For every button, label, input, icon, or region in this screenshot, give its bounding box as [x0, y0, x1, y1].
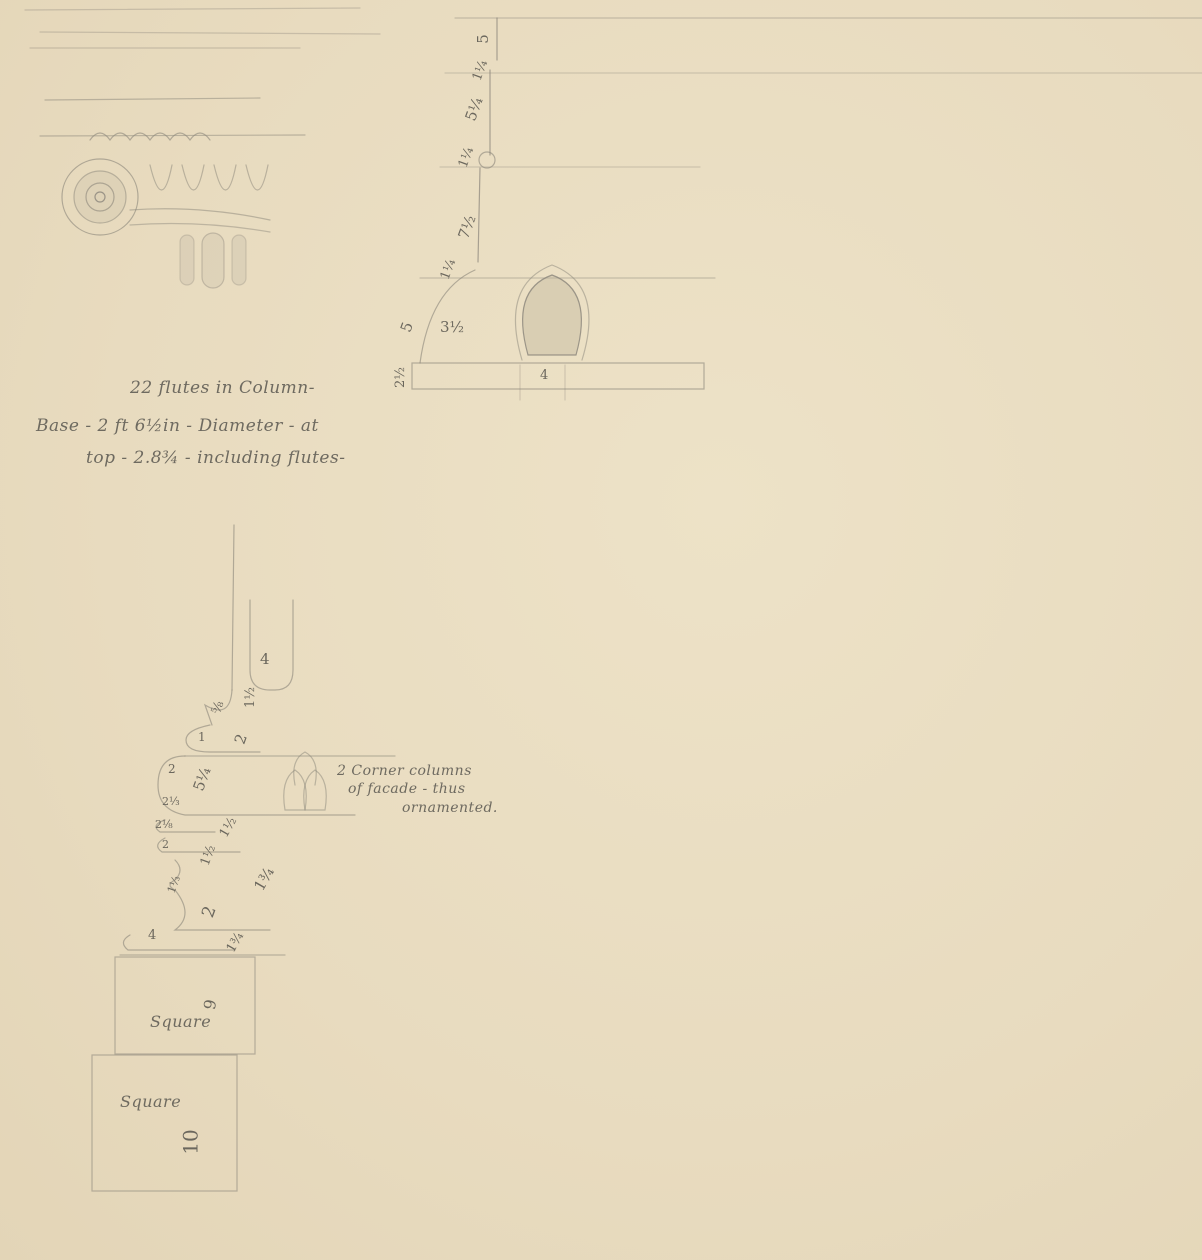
dim-c: 1	[198, 730, 206, 744]
dim-a: 1½	[243, 687, 258, 708]
square-label-upper: Square	[150, 1012, 211, 1031]
plinth-lower-dimension: 10	[179, 1129, 203, 1154]
corner-columns-note-1: 2 Corner columns	[337, 763, 472, 779]
corner-columns-note-2: of facade - thus	[348, 781, 466, 797]
dim-abacus-height: 2½	[393, 367, 408, 388]
dim-h: 2⅛	[155, 818, 173, 831]
dim-g: 2⅓	[162, 795, 180, 808]
dim-o: 4	[148, 928, 156, 943]
ionic-capital-sketch	[40, 98, 305, 288]
dim-torus-top: 4	[260, 650, 270, 668]
dim-abacus-width: 4	[540, 368, 548, 383]
flutes-note: 22 flutes in Column-	[130, 378, 315, 398]
square-label-lower: Square	[120, 1092, 181, 1111]
sketch-paper: 22 flutes in Column- Base - 2 ft 6½in - …	[0, 0, 1202, 1260]
corner-columns-note-3: ornamented.	[402, 800, 498, 816]
base-diameter-note: Base - 2 ft 6½in - Diameter - at	[36, 416, 319, 436]
entablature-profile-sketch	[412, 18, 1202, 400]
dim-j: 2	[162, 838, 169, 851]
dim-e: 2	[168, 762, 176, 776]
top-diameter-note: top - 2.8¾ - including flutes-	[86, 448, 345, 468]
dim-echinus-inner: 3½	[440, 318, 464, 336]
dim-d1: 5	[474, 34, 492, 44]
pencil-drawing	[0, 0, 1202, 1260]
